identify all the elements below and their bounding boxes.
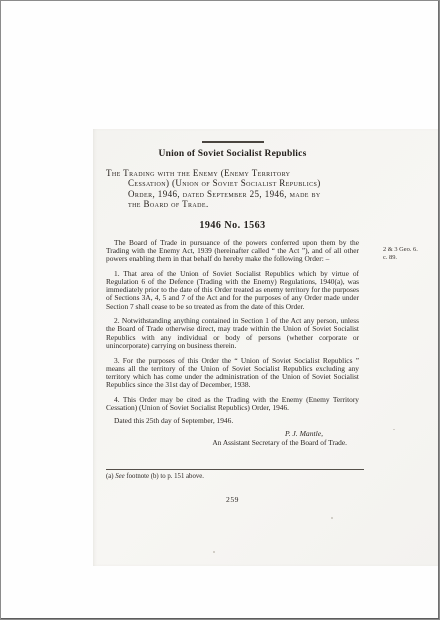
paragraph-1: 1. That area of the Union of Soviet Soci… [106, 270, 359, 311]
paragraph-3: 3. For the purposes of this Order the “ … [106, 357, 359, 390]
order-title-line: Order, 1946, dated September 25, 1946, m… [128, 189, 359, 199]
order-title-line: Cessation) (Union of Soviet Socialist Re… [128, 178, 359, 188]
footnote-text: footnote (b) to p. 151 above. [125, 473, 204, 480]
document-scan: Union of Soviet Socialist Republics The … [93, 129, 438, 566]
order-number-heading: 1946 No. 1563 [106, 220, 359, 231]
scanned-page-viewer: Union of Soviet Socialist Republics The … [0, 0, 440, 620]
margin-note-line: 2 & 3 Geo. 6. [383, 246, 437, 254]
order-title-line: the Board of Trade. [128, 199, 359, 209]
statute-margin-note: 2 & 3 Geo. 6. c. 89. [383, 246, 437, 262]
scan-speckle [213, 551, 215, 553]
paragraph-4: 4. This Order may be cited as the Tradin… [106, 396, 359, 412]
page-number: 259 [106, 495, 359, 504]
footnote: (a) See footnote (b) to p. 151 above. [106, 473, 359, 481]
header-rule [202, 141, 264, 143]
scan-speckle [393, 429, 395, 430]
order-title: The Trading with the Enemy (Enemy Territ… [106, 168, 359, 210]
footnote-rule [106, 469, 364, 470]
paragraph-intro: The Board of Trade in pursuance of the p… [106, 239, 359, 264]
text-column: Union of Soviet Socialist Republics The … [106, 141, 359, 504]
order-title-line: The Trading with the Enemy (Enemy Territ… [106, 168, 359, 178]
paragraph-2: 2. Notwithstanding anything contained in… [106, 317, 359, 350]
footnote-marker: (a) [106, 473, 115, 480]
footnote-see: See [115, 473, 124, 480]
country-title: Union of Soviet Socialist Republics [106, 149, 359, 160]
dated-line: Dated this 25th day of September, 1946. [106, 417, 359, 425]
margin-note-line: c. 89. [383, 254, 437, 262]
signature-title: An Assistant Secretary of the Board of T… [106, 439, 359, 447]
scan-speckle [331, 517, 333, 519]
